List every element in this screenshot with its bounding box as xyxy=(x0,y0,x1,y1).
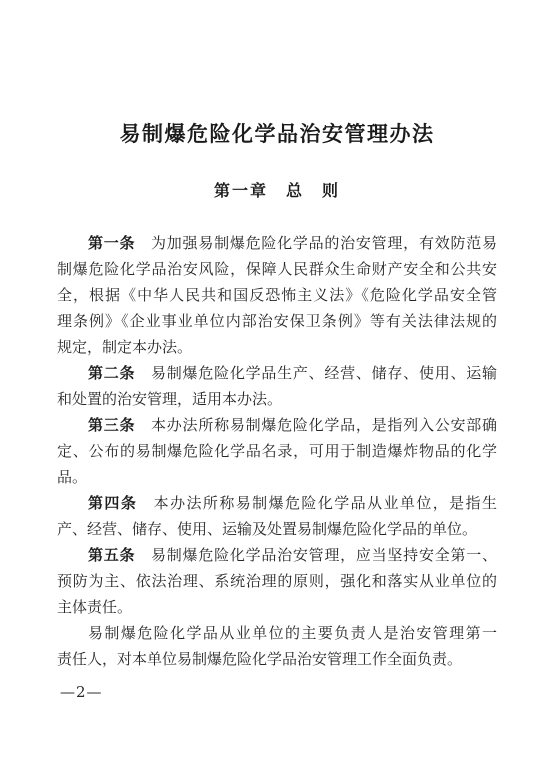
document-page: 易制爆危险化学品治安管理办法 第一章 总 则 第一条 为加强易制爆危险化学品的治… xyxy=(0,0,552,782)
text-line: 和处置的治安管理，适用本办法。 xyxy=(57,386,497,412)
text-line: 规定，制定本办法。 xyxy=(57,334,497,360)
page-number: —2— xyxy=(60,683,103,701)
line-text: 为加强易制爆危险化学品的治安管理，有效防范易 xyxy=(135,234,497,252)
text-line: 第一条 为加强易制爆危险化学品的治安管理，有效防范易 xyxy=(57,230,497,256)
text-line: 第二条 易制爆危险化学品生产、经营、储存、使用、运输 xyxy=(57,360,497,386)
text-line: 理条例》《企业事业单位内部治安保卫条例》等有关法律法规的 xyxy=(57,308,497,334)
article-label: 第二条 xyxy=(88,364,135,382)
chapter-heading: 第一章 总 则 xyxy=(57,180,497,202)
text-line: 第四条 本办法所称易制爆危险化学品从业单位，是指生 xyxy=(57,490,497,516)
text-line: 主体责任。 xyxy=(57,594,497,620)
line-text: 本办法所称易制爆危险化学品从业单位，是指生 xyxy=(137,494,497,512)
document-body: 第一条 为加强易制爆危险化学品的治安管理，有效防范易 制爆危险化学品治安风险，保… xyxy=(57,230,497,672)
page-title: 易制爆危险化学品治安管理办法 xyxy=(57,120,497,148)
line-text: 易制爆危险化学品生产、经营、储存、使用、运输 xyxy=(135,364,497,382)
article-label: 第一条 xyxy=(88,234,135,252)
article-label: 第四条 xyxy=(88,494,137,512)
text-line: 预防为主、依法治理、系统治理的原则，强化和落实从业单位的 xyxy=(57,568,497,594)
text-line: 全，根据《中华人民共和国反恐怖主义法》《危险化学品安全管 xyxy=(57,282,497,308)
text-line: 第五条 易制爆危险化学品治安管理，应当坚持安全第一、 xyxy=(57,542,497,568)
line-text: 易制爆危险化学品治安管理，应当坚持安全第一、 xyxy=(135,546,497,564)
text-line: 第三条 本办法所称易制爆危险化学品，是指列入公安部确 xyxy=(57,412,497,438)
text-line: 品。 xyxy=(57,464,497,490)
text-line: 制爆危险化学品治安风险，保障人民群众生命财产安全和公共安 xyxy=(57,256,497,282)
text-line: 产、经营、储存、使用、运输及处置易制爆危险化学品的单位。 xyxy=(57,516,497,542)
article-label: 第五条 xyxy=(88,546,135,564)
article-label: 第三条 xyxy=(88,416,135,434)
text-line: 定、公布的易制爆危险化学品名录，可用于制造爆炸物品的化学 xyxy=(57,438,497,464)
line-text: 本办法所称易制爆危险化学品，是指列入公安部确 xyxy=(135,416,497,434)
text-line: 责任人，对本单位易制爆危险化学品治安管理工作全面负责。 xyxy=(57,646,497,672)
text-line: 易制爆危险化学品从业单位的主要负责人是治安管理第一 xyxy=(57,620,497,646)
